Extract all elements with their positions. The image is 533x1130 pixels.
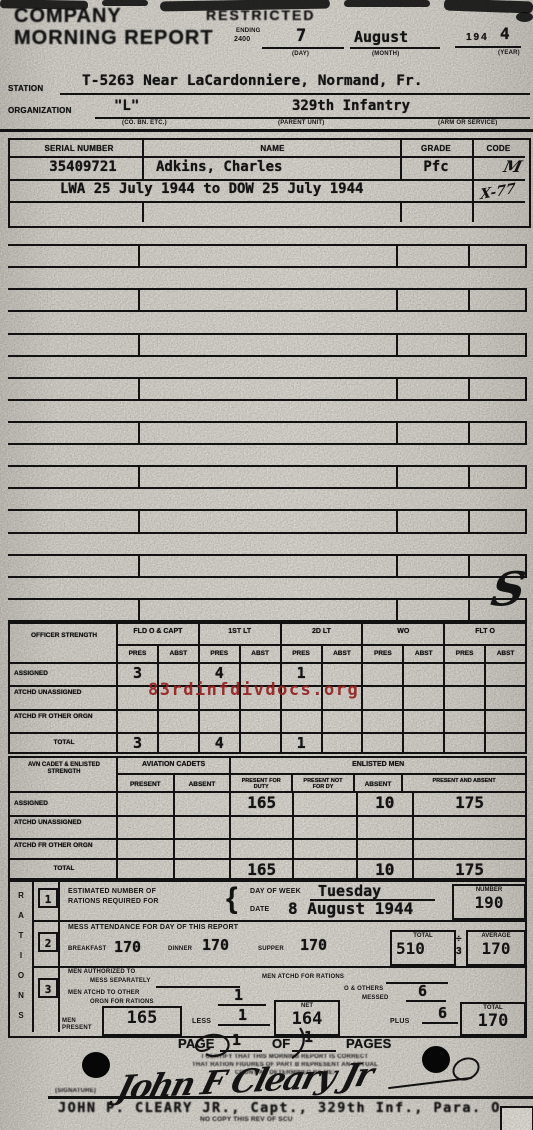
enlisted-row-label: ASSIGNED [10,793,118,815]
plus-label: PLUS [390,1018,409,1025]
enlisted-cell [414,817,525,837]
number-value: 190 [454,893,524,912]
total-value: 170 [462,1011,524,1031]
abst-label: ABST [404,646,443,662]
officer-cell [486,734,525,752]
record-line [8,534,527,556]
year-printed: 194 [466,32,489,43]
men-present-label: MEN PRESENT [62,1018,100,1032]
officer-group-flto: FLT O PRESABST [445,624,525,662]
officer-cell [445,687,486,710]
mess-separately-underline [156,986,240,988]
enlisted-cell [175,860,232,878]
officer-cell [404,687,445,710]
record-line [8,312,527,334]
record-line [8,224,527,246]
enlisted-atchd-unasgd-row: ATCHD UNASSIGNED [10,815,525,837]
enlisted-pfd-label: PRESENT FOR DUTY [231,775,293,791]
section-rule [0,129,533,132]
officer-cell [241,734,282,752]
roster-divider-code [472,140,474,222]
mess-total-box: TOTAL 510 [390,930,456,966]
roster-name-value: Adkins, Charles [156,159,282,175]
officer-total-row: TOTAL 3 4 1 [10,732,525,752]
officer-cell [323,711,364,732]
rations-side-label: RATIONS [14,886,28,1026]
officer-row-label: TOTAL [10,734,118,752]
officer-cell [363,687,404,710]
year-underline [455,46,521,48]
pres-label: PRES [445,646,486,662]
abst-label: ABST [159,646,198,662]
pres-label: PRES [118,646,159,662]
typed-signature: JOHN P. CLEARY JR., Capt., 329th Inf., P… [58,1100,511,1116]
roster-col-name: NAME [150,144,395,153]
roster-col-serial: SERIAL NUMBER [24,144,134,153]
row-number: 2 [45,937,52,950]
rations-row2-number-badge: 2 [38,932,58,952]
rations-total-box: TOTAL 170 [460,1002,526,1036]
estimated-rations-label-2: RATIONS REQUIRED FOR [68,898,159,905]
rations-num-divider [58,882,60,1032]
officer-cell [486,687,525,710]
roster-header-rule [10,156,525,158]
officer-cell: 4 [200,734,241,752]
rations-number-box: NUMBER 190 [452,884,526,920]
average-value: 170 [468,939,524,958]
enlisted-cell [294,793,357,815]
enlisted-cell [358,817,415,837]
record-line [8,556,527,578]
officer-cell [241,711,282,732]
rations-side-letter: A [14,906,28,926]
enlisted-total-row: TOTAL 165 10 175 [10,858,525,878]
officer-group-label: FLD O & CAPT [118,624,198,644]
men-authorized-label-1: MEN AUTHORIZED TO [68,969,135,975]
officer-cell [486,664,525,685]
o-others-underline [406,1000,446,1002]
rations-side-letter: O [14,966,28,986]
plus-underline [422,1022,458,1024]
organization-company: "L" [114,98,139,114]
enlisted-group-cadets: AVIATION CADETS PRESENT ABSENT [118,758,231,791]
enlisted-cell: 165 [231,793,294,815]
report-year-digit: 4 [500,24,510,43]
enlisted-cell: 165 [231,860,294,878]
officer-cell [363,711,404,732]
officer-cell [323,734,364,752]
men-authorized-label-2: MESS SEPARATELY [90,978,151,984]
record-line [8,423,527,445]
o-others-value: 6 [418,982,427,1000]
pres-label: PRES [200,646,241,662]
atchd-other-label-2: ORGN FOR RATIONS [90,999,154,1005]
roster-col-code: CODE [476,144,521,153]
enlisted-pa-label: PRESENT AND ABSENT [403,775,525,791]
less-label: LESS [192,1018,211,1025]
watermark-text: 83rdinfdivdocs.org [148,680,359,700]
record-line [8,401,527,423]
bottom-right-box [500,1106,533,1130]
enlisted-cell [118,860,175,878]
record-line [8,268,527,290]
rations-row1-number-badge: 1 [38,888,58,908]
enlisted-group-label: AVIATION CADETS [118,758,229,773]
enlisted-cell [118,840,175,858]
rations-side-letter: R [14,886,28,906]
enlisted-cell [231,817,294,837]
record-line [8,578,527,600]
officer-atchd-fr-row: ATCHD FR OTHER ORGN [10,709,525,732]
breakfast-value: 170 [114,938,141,956]
cadets-absent-label: ABSENT [175,775,230,791]
year-sublabel: (YEAR) [498,50,520,56]
brace: { [226,882,238,916]
dinner-value: 170 [202,936,229,954]
plus-value: 6 [438,1004,447,1022]
record-lines-area [8,224,527,622]
enlisted-cell: 10 [358,793,415,815]
day-underline [262,47,344,49]
enlisted-row-label: TOTAL [10,860,118,878]
signature-sublabel: (SIGNATURE) [55,1088,96,1094]
station-underline [60,93,530,95]
record-line [8,511,527,533]
ending-time: 2400 [234,36,250,43]
enlisted-cell [358,840,415,858]
date-label: DATE [250,906,269,913]
enlisted-corner-label: AVN CADET & ENLISTED STRENGTH [10,758,118,791]
supper-value: 170 [300,936,327,954]
roster-remark-code-handwritten: X-77 [480,181,516,204]
pres-label: PRES [282,646,323,662]
estimated-rations-label-1: ESTIMATED NUMBER OF [68,888,156,895]
company-title: COMPANY [14,5,122,28]
enlisted-atchd-fr-row: ATCHD FR OTHER ORGN [10,838,525,858]
roster-divider-grade [400,140,402,179]
organization-underline [95,117,530,119]
officer-row-label: ATCHD FR OTHER ORGN [10,711,118,732]
officer-cell [282,711,323,732]
date-value: 8 August 1944 [288,899,413,918]
bottom-note: NO COPY THIS REV OF SCU [200,1116,293,1123]
officer-cell: 3 [118,734,159,752]
men-present-value: 165 [104,1008,180,1028]
record-line [8,600,527,622]
ending-label: ENDING [236,28,261,34]
enlisted-absent-label: ABSENT [355,775,403,791]
o-others-label-2: MESSED [362,995,389,1001]
month-sublabel: (MONTH) [372,51,399,57]
enlisted-cell [175,840,232,858]
supper-label: SUPPER [258,946,284,952]
roster-divider-grade [400,201,402,222]
morning-report-title: MORNING REPORT [14,27,214,50]
breakfast-label: BREAKFAST [68,946,106,952]
roster-code-handwritten: M [502,157,524,176]
rations-row3-number-badge: 3 [38,978,58,998]
roster-col-grade: GRADE [404,144,468,153]
officer-cell [200,711,241,732]
officer-group-label: 1ST LT [200,624,280,644]
officer-cell [118,711,159,732]
restricted-stamp: RESTRICTED [206,7,315,23]
margin-handwritten-s: S [489,565,529,613]
morning-report-sheet: COMPANY RESTRICTED MORNING REPORT ENDING… [0,0,533,1130]
rations-letter-divider [32,882,34,1032]
organization-label: ORGANIZATION [8,106,72,115]
enlisted-cell [294,840,357,858]
officer-group-label: 2D LT [282,624,362,644]
officer-cell [363,664,404,685]
divide-sign: ÷ [456,934,462,945]
record-line [8,489,527,511]
officer-group-wo: WO PRESABST [363,624,445,662]
atchd-for-rations-underline [386,982,448,984]
officer-cell [404,734,445,752]
officer-group-2dlt: 2D LT PRESABST [282,624,364,662]
record-line [8,335,527,357]
record-line [8,379,527,401]
men-atchd-for-rations-label: MEN ATCHD FOR RATIONS [262,974,344,980]
station-label: STATION [8,84,43,93]
officer-corner-label: OFFICER STRENGTH [10,624,118,662]
abst-label: ABST [241,646,280,662]
report-day-value: 7 [296,26,306,46]
enlisted-cell [294,860,357,878]
enlisted-group-label: ENLISTED MEN [231,758,525,773]
roster-remark-value: LWA 25 July 1944 to DOW 25 July 1944 [60,181,363,197]
enlisted-cell: 10 [358,860,415,878]
record-line [8,467,527,489]
officer-row-label: ASSIGNED [10,664,118,685]
officer-cell [363,734,404,752]
less-value: 1 [238,1006,247,1024]
rations-side-letter: I [14,946,28,966]
roster-table: SERIAL NUMBER NAME GRADE CODE 35409721 A… [8,138,531,228]
org-sublabel-parent: (PARENT UNIT) [278,120,324,126]
divide-by: 3 [456,946,462,957]
roster-grade-value: Pfc [404,159,468,175]
enlisted-assigned-row: ASSIGNED 165 10 175 [10,791,525,815]
row-number: 3 [45,983,52,996]
mess-attendance-label: MESS ATTENDANCE FOR DAY OF THIS REPORT [68,924,238,931]
enlisted-row-label: ATCHD FR OTHER ORGN [10,840,118,858]
officer-cell [486,711,525,732]
enlisted-cell [175,817,232,837]
officer-group-1stlt: 1ST LT PRESABST [200,624,282,662]
officer-cell [159,734,200,752]
enlisted-cell: 175 [414,793,525,815]
day-of-week-value: Tuesday [318,882,381,900]
rations-side-letter: S [14,1006,28,1026]
officer-cell [445,734,486,752]
dinner-label: DINNER [168,946,192,952]
enlisted-cell [231,840,294,858]
officer-row-label: ATCHD UNASSIGNED [10,687,118,710]
rations-row1-rule [32,920,525,922]
organization-regiment: 329th Infantry [292,98,410,114]
month-underline [350,47,440,49]
signature-rule [48,1096,533,1099]
o-others-label-1: O & OTHERS [344,986,383,992]
enlisted-cell [175,793,232,815]
record-line [8,357,527,379]
row-number: 1 [45,893,52,906]
scan-smudge [516,12,533,22]
enlisted-group-enlisted: ENLISTED MEN PRESENT FOR DUTY PRESENT NO… [231,758,525,791]
enlisted-cell [118,793,175,815]
roster-divider-serial [142,140,144,179]
abst-label: ABST [486,646,525,662]
atchd-other-label-1: MEN ATCHD TO OTHER [68,990,140,996]
record-line [8,290,527,312]
enlisted-pnfd-label: PRESENT NOT FOR DY [293,775,355,791]
station-value: T-5263 Near LaCardonniere, Normand, Fr. [82,73,422,89]
atchd-other-value: 1 [234,986,243,1004]
scan-smudge [344,0,430,7]
enlisted-cell: 175 [414,860,525,878]
rations-row2-rule [32,966,525,968]
rations-section: RATIONS 1 ESTIMATED NUMBER OF RATIONS RE… [8,880,527,1038]
enlisted-row-label: ATCHD UNASSIGNED [10,817,118,837]
officer-cell [445,711,486,732]
day-sublabel: (DAY) [292,51,309,57]
mess-average-box: AVERAGE 170 [466,930,526,966]
total-value: 510 [392,939,454,958]
cadets-present-label: PRESENT [118,775,175,791]
rations-side-letter: T [14,926,28,946]
officer-header-row: OFFICER STRENGTH FLD O & CAPT PRESABST 1… [10,624,525,662]
officer-cell [159,711,200,732]
rations-side-letter: N [14,986,28,1006]
record-line [8,445,527,467]
roster-divider-serial [142,201,144,222]
officer-group-label: WO [363,624,443,644]
scan-smudge [444,0,533,14]
org-sublabel-co: (CO. BN. ETC.) [122,120,167,126]
enlisted-cell [294,817,357,837]
roster-serial-value: 35409721 [28,159,138,175]
officer-cell: 1 [282,734,323,752]
officer-group-label: FLT O [445,624,525,644]
abst-label: ABST [323,646,362,662]
day-of-week-label: DAY OF WEEK [250,888,301,895]
org-sublabel-arm: (ARM OR SERVICE) [438,120,497,126]
enlisted-header-row: AVN CADET & ENLISTED STRENGTH AVIATION C… [10,758,525,791]
pres-label: PRES [363,646,404,662]
punch-hole-dot [82,1052,110,1078]
officer-cell [445,664,486,685]
enlisted-cell [118,817,175,837]
officer-group-fldo: FLD O & CAPT PRESABST [118,624,200,662]
enlisted-cell [414,840,525,858]
enlisted-strength-table: AVN CADET & ENLISTED STRENGTH AVIATION C… [8,756,527,880]
officer-cell [404,711,445,732]
report-month-value: August [354,28,408,46]
record-line [8,246,527,268]
roster-row-rule [10,201,525,203]
officer-cell [404,664,445,685]
punch-hole-dot [422,1046,450,1073]
loop-stroke [196,1035,229,1056]
